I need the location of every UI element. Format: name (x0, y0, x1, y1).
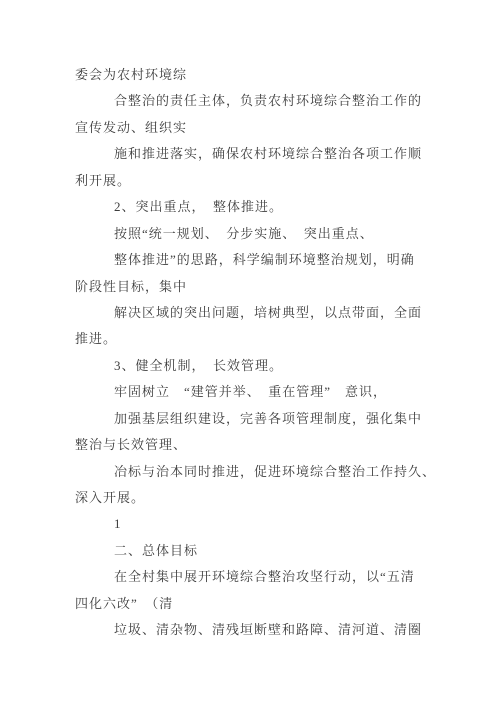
doc-line: 宣传发动、组织实 (75, 115, 445, 141)
doc-line: 加强基层组织建设，完善各项管理制度，强化集中 (75, 406, 445, 432)
doc-line: 利开展。 (75, 168, 445, 194)
doc-line: 委会为农村环境综 (75, 62, 445, 88)
doc-line: 阶段性目标，集中 (75, 274, 445, 300)
doc-line: 整体推进”的思路，科学编制环境整治规划，明确 (75, 247, 445, 273)
page-number: 1 (75, 511, 445, 537)
doc-line: 垃圾、清杂物、清残垣断壁和路障、清河道、清圈 (75, 617, 445, 643)
doc-line: 深入开展。 (75, 485, 445, 511)
document-text-block: 委会为农村环境综 合整治的责任主体，负责农村环境综合整治工作的 宣传发动、组织实… (75, 62, 445, 644)
doc-line: 解决区域的突出问题，培树典型，以点带面，全面 (75, 300, 445, 326)
doc-line: 合整治的责任主体，负责农村环境综合整治工作的 (75, 88, 445, 114)
doc-line-numbered-item: 3、健全机制， 长效管理。 (75, 353, 445, 379)
doc-line: 四化六改” （清 (75, 591, 445, 617)
doc-line-numbered-item: 2、突出重点， 整体推进。 (75, 194, 445, 220)
doc-line: 冶标与治本同时推进，促进环境综合整治工作持久、 (75, 459, 445, 485)
doc-line: 按照“统一规划、 分步实施、 突出重点、 (75, 221, 445, 247)
doc-line: 牢固树立 “建管并举、 重在管理” 意识， (75, 379, 445, 405)
doc-line-section-heading: 二、总体目标 (75, 538, 445, 564)
doc-line: 施和推进落实，确保农村环境综合整治各项工作顺 (75, 141, 445, 167)
doc-line: 推进。 (75, 326, 445, 352)
doc-line: 整治与长效管理、 (75, 432, 445, 458)
doc-line: 在全村集中展开环境综合整治攻坚行动，以“五清 (75, 564, 445, 590)
document-page: 委会为农村环境综 合整治的责任主体，负责农村环境综合整治工作的 宣传发动、组织实… (0, 0, 500, 708)
